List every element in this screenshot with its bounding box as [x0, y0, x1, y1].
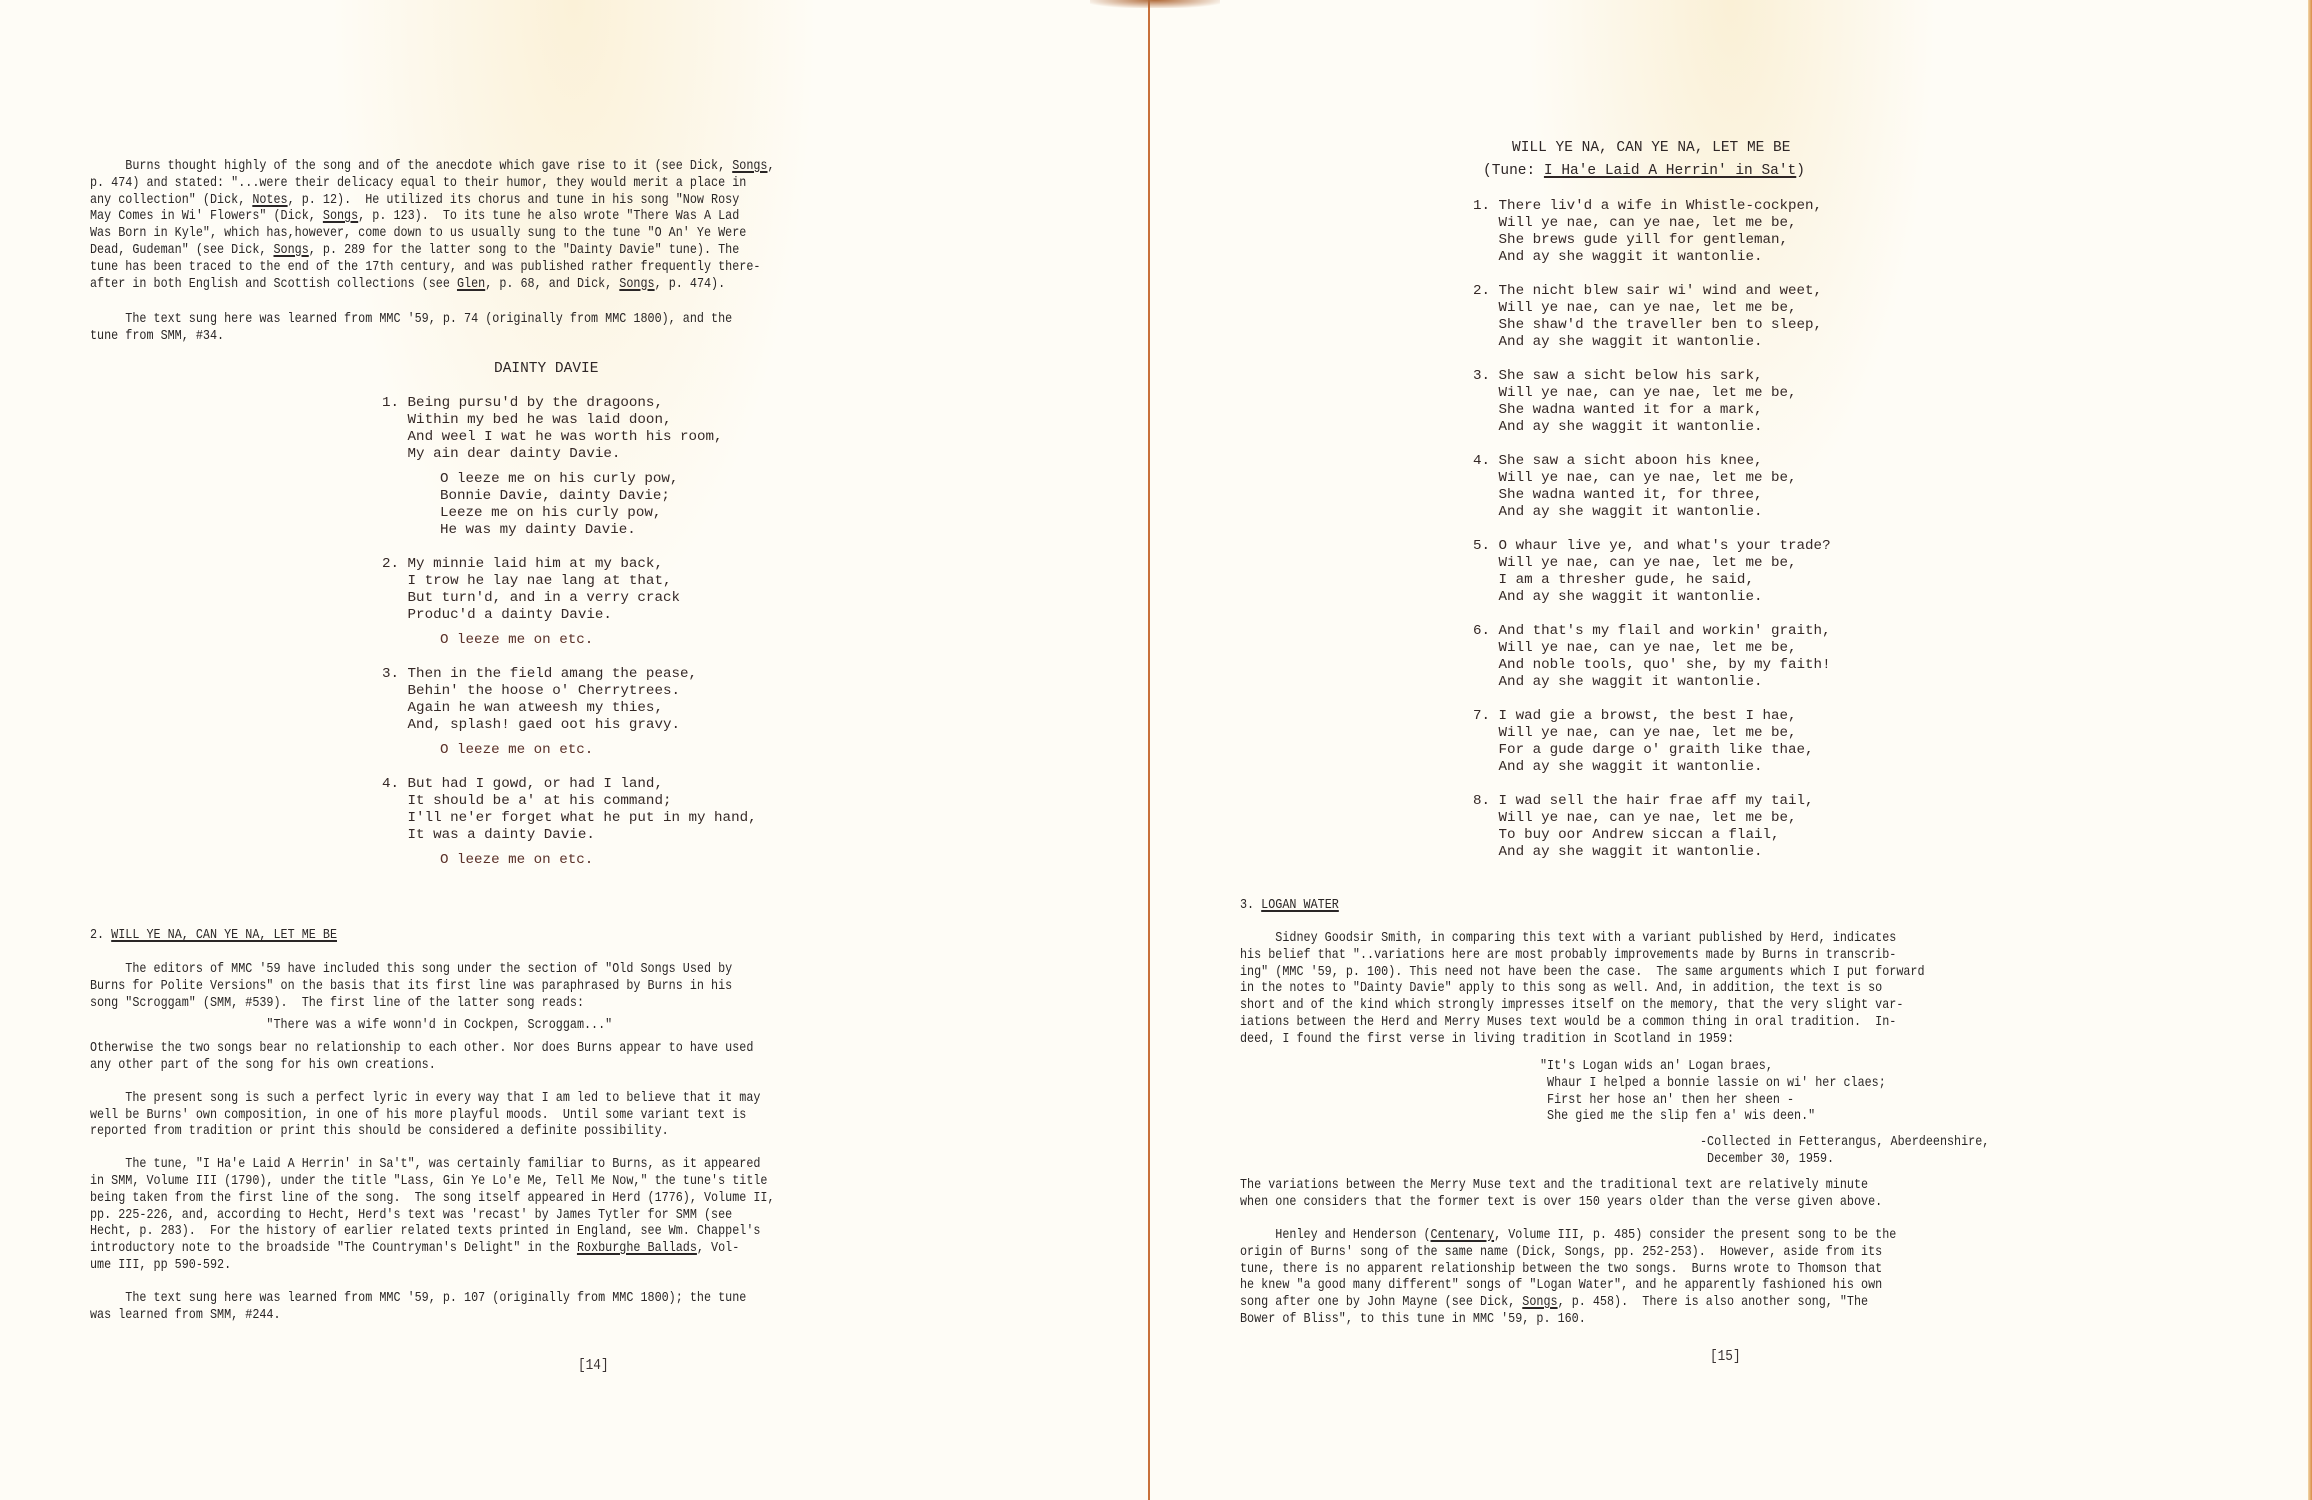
lyric-line: 2. The nicht blew sair wi' wind and weet…	[1473, 283, 1831, 300]
lyric-line: Produc'd a dainty Davie.	[382, 607, 757, 624]
stanza: 2. My minnie laid him at my back, I trow…	[382, 556, 757, 649]
text-run: when one considers that the former text …	[1240, 1194, 1882, 1210]
stanza: 4. She saw a sicht aboon his knee, Will …	[1473, 453, 1831, 521]
page-number-left: [14]	[578, 1357, 609, 1374]
chorus-line: Bonnie Davie, dainty Davie;	[440, 488, 757, 505]
chorus: O leeze me on etc.	[382, 852, 757, 869]
text-run: , p. 12). He utilized its chorus and tun…	[288, 192, 740, 208]
lyric-line: And ay she waggit it wantonlie.	[1473, 674, 1831, 691]
lyric-line: Will ye nae, can ye nae, let me be,	[1473, 555, 1831, 572]
quoted-verse: "It's Logan wids an' Logan braes, Whaur …	[1540, 1058, 1886, 1125]
stanza: 3. She saw a sicht below his sark, Will …	[1473, 368, 1831, 436]
stanza: 1. Being pursu'd by the dragoons, Within…	[382, 395, 757, 539]
text-run: was learned from SMM, #244.	[90, 1307, 281, 1323]
underlined-citation: Songs	[732, 158, 767, 174]
lyric-line: She shaw'd the traveller ben to sleep,	[1473, 317, 1831, 334]
text-run: reported from tradition or print this sh…	[90, 1123, 669, 1139]
text-run: , Vol-	[697, 1240, 739, 1256]
chorus-line: O leeze me on his curly pow,	[440, 471, 757, 488]
paragraph: The editors of MMC '59 have included thi…	[90, 961, 775, 1011]
lyric-line: She wadna wanted it for a mark,	[1473, 402, 1831, 419]
chorus: O leeze me on etc.	[382, 742, 757, 759]
chorus-line: O leeze me on etc.	[440, 852, 757, 869]
section-2-heading: 2. WILL YE NA, CAN YE NA, LET ME BE	[90, 927, 337, 944]
lyric-line: 2. My minnie laid him at my back,	[382, 556, 757, 573]
text-run: , p. 68, and Dick,	[485, 276, 619, 292]
chorus: O leeze me on etc.	[382, 632, 757, 649]
paragraph: "There was a wife wonn'd in Cockpen, Scr…	[90, 1017, 775, 1034]
lyric-line: 4. But had I gowd, or had I land,	[382, 776, 757, 793]
lyric-line: She wadna wanted it, for three,	[1473, 487, 1831, 504]
lyric-line: And ay she waggit it wantonlie.	[1473, 334, 1831, 351]
text-run: December 30, 1959.	[1700, 1151, 1834, 1167]
lyric-line: And ay she waggit it wantonlie.	[1473, 419, 1831, 436]
text-run: Dead, Gudeman" (see Dick,	[90, 242, 273, 258]
section-2-body: The editors of MMC '59 have included thi…	[90, 961, 775, 1323]
text-run: pp. 225-226, and, according to Hecht, He…	[90, 1207, 732, 1223]
text-run: She gied me the slip fen a' wis deen."	[1540, 1108, 1815, 1124]
stanza: 3. Then in the field amang the pease, Be…	[382, 666, 757, 759]
text-run: ,	[767, 158, 774, 174]
paragraph: The tune, "I Ha'e Laid A Herrin' in Sa't…	[90, 1156, 775, 1274]
song-title-dainty-davie: DAINTY DAVIE	[494, 361, 598, 377]
text-run: Burns for Polite Versions" on the basis …	[90, 978, 732, 994]
lyric-line: 4. She saw a sicht aboon his knee,	[1473, 453, 1831, 470]
lyric-line: I am a thresher gude, he said,	[1473, 572, 1831, 589]
text-run: -Collected in Fetterangus, Aberdeenshire…	[1700, 1134, 1989, 1150]
underlined-citation: Centenary	[1431, 1227, 1495, 1243]
paragraph: The present song is such a perfect lyric…	[90, 1090, 775, 1140]
stanza: 7. I wad gie a browst, the best I hae, W…	[1473, 708, 1831, 776]
song-title-will-ye-na: WILL YE NA, CAN YE NA, LET ME BE	[1512, 140, 1790, 156]
text-run: May Comes in Wi' Flowers" (Dick,	[90, 208, 323, 224]
underlined-citation: Notes	[252, 192, 287, 208]
paragraph: Otherwise the two songs bear no relation…	[90, 1040, 775, 1074]
text-run: after in both English and Scottish colle…	[90, 276, 457, 292]
stanza: 8. I wad sell the hair frae aff my tail,…	[1473, 793, 1831, 861]
section-3-title: LOGAN WATER	[1261, 897, 1339, 913]
page-number-right: [15]	[1710, 1348, 1741, 1365]
text-run: tune has been traced to the end of the 1…	[90, 259, 760, 275]
underlined-citation: Songs	[1522, 1294, 1557, 1310]
text-run: The text sung here was learned from MMC …	[90, 311, 732, 327]
underlined-citation: Songs	[323, 208, 358, 224]
lyric-line: I trow he lay nae lang at that,	[382, 573, 757, 590]
text-run: origin of Burns' song of the same name (…	[1240, 1244, 1882, 1260]
lyric-line: Again he wan atweesh my thies,	[382, 700, 757, 717]
lyric-line: And ay she waggit it wantonlie.	[1473, 249, 1831, 266]
text-run: p. 474) and stated: "...were their delic…	[90, 175, 746, 191]
text-run: well be Burns' own composition, in one o…	[90, 1107, 746, 1123]
text-run: he knew "a good many different" songs of…	[1240, 1277, 1882, 1293]
verse-attribution: -Collected in Fetterangus, Aberdeenshire…	[1700, 1134, 1989, 1168]
text-run: First her hose an' then her sheen -	[1540, 1092, 1794, 1108]
stanza: 6. And that's my flail and workin' grait…	[1473, 623, 1831, 691]
section-3-heading: 3. LOGAN WATER	[1240, 897, 1339, 914]
page-edge	[2308, 0, 2312, 1500]
stanza: 2. The nicht blew sair wi' wind and weet…	[1473, 283, 1831, 351]
lyric-line: Behin' the hoose o' Cherrytrees.	[382, 683, 757, 700]
text-run: , p. 123). To its tune he also wrote "Th…	[358, 208, 739, 224]
text-run: song after one by John Mayne (see Dick,	[1240, 1294, 1522, 1310]
text-run: The text sung here was learned from MMC …	[90, 1290, 746, 1306]
text-run: in SMM, Volume III (1790), under the tit…	[90, 1173, 767, 1189]
underlined-citation: Songs	[619, 276, 654, 292]
lyric-line: Will ye nae, can ye nae, let me be,	[1473, 470, 1831, 487]
text-run: The editors of MMC '59 have included thi…	[90, 961, 732, 977]
lyric-line: 5. O whaur live ye, and what's your trad…	[1473, 538, 1831, 555]
text-run: tune, there is no apparent relationship …	[1240, 1261, 1882, 1277]
text-run: , p. 289 for the latter song to the "Dai…	[309, 242, 739, 258]
lyric-line: Within my bed he was laid doon,	[382, 412, 757, 429]
lyric-line: Will ye nae, can ye nae, let me be,	[1473, 640, 1831, 657]
intro-paragraph: Burns thought highly of the song and of …	[90, 158, 775, 292]
source-paragraph: The text sung here was learned from MMC …	[90, 311, 732, 345]
lyric-line: She brews gude yill for gentleman,	[1473, 232, 1831, 249]
text-run: ume III, pp 590-592.	[90, 1257, 231, 1273]
underlined-citation: Glen	[457, 276, 485, 292]
text-run: Sidney Goodsir Smith, in comparing this …	[1240, 930, 1896, 946]
lyric-line: I'll ne'er forget what he put in my hand…	[382, 810, 757, 827]
text-run: short and of the kind which strongly imp…	[1240, 997, 1903, 1013]
lyric-line: 1. There liv'd a wife in Whistle-cockpen…	[1473, 198, 1831, 215]
text-run: tune from SMM, #34.	[90, 328, 224, 344]
lyric-line: And noble tools, quo' she, by my faith!	[1473, 657, 1831, 674]
chorus: O leeze me on his curly pow,Bonnie Davie…	[382, 471, 757, 539]
tune-line: (Tune: I Ha'e Laid A Herrin' in Sa't)	[1483, 163, 1805, 179]
text-run: introductory note to the broadside "The …	[90, 1240, 577, 1256]
song-lyrics-will-ye-na: 1. There liv'd a wife in Whistle-cockpen…	[1473, 198, 1831, 878]
lyric-line: 7. I wad gie a browst, the best I hae,	[1473, 708, 1831, 725]
chorus-line: He was my dainty Davie.	[440, 522, 757, 539]
text-run: Bower of Bliss", to this tune in MMC '59…	[1240, 1311, 1586, 1327]
text-run: Otherwise the two songs bear no relation…	[90, 1040, 753, 1056]
text-run: The present song is such a perfect lyric…	[90, 1090, 760, 1106]
lyric-line: Will ye nae, can ye nae, let me be,	[1473, 810, 1831, 827]
paragraph: The text sung here was learned from MMC …	[90, 1290, 775, 1324]
lyric-line: 8. I wad sell the hair frae aff my tail,	[1473, 793, 1831, 810]
stanza: 4. But had I gowd, or had I land, It sho…	[382, 776, 757, 869]
text-run: "There was a wife wonn'd in Cockpen, Scr…	[90, 1017, 612, 1033]
text-run: The tune, "I Ha'e Laid A Herrin' in Sa't…	[90, 1156, 760, 1172]
text-run: The variations between the Merry Muse te…	[1240, 1177, 1868, 1193]
lyric-line: And weel I wat he was worth his room,	[382, 429, 757, 446]
chorus-line: O leeze me on etc.	[440, 742, 757, 759]
lyric-line: To buy oor Andrew siccan a flail,	[1473, 827, 1831, 844]
lyric-line: And ay she waggit it wantonlie.	[1473, 504, 1831, 521]
lyric-line: 6. And that's my flail and workin' grait…	[1473, 623, 1831, 640]
page-gutter	[1148, 0, 1150, 1500]
lyric-line: But turn'd, and in a verry crack	[382, 590, 757, 607]
lyric-line: And ay she waggit it wantonlie.	[1473, 589, 1831, 606]
text-run: , Volume III, p. 485) consider the prese…	[1494, 1227, 1896, 1243]
song-lyrics-dainty-davie: 1. Being pursu'd by the dragoons, Within…	[382, 395, 757, 886]
text-run: Burns thought highly of the song and of …	[90, 158, 732, 174]
book-spread: Burns thought highly of the song and of …	[0, 0, 2312, 1500]
lyric-line: My ain dear dainty Davie.	[382, 446, 757, 463]
lyric-line: Will ye nae, can ye nae, let me be,	[1473, 300, 1831, 317]
text-run: any other part of the song for his own c…	[90, 1057, 436, 1073]
section-2-title: WILL YE NA, CAN YE NA, LET ME BE	[111, 927, 337, 943]
text-run: Henley and Henderson (	[1240, 1227, 1431, 1243]
underlined-citation: Roxburghe Ballads	[577, 1240, 697, 1256]
tune-name: I Ha'e Laid A Herrin' in Sa't	[1544, 163, 1796, 179]
text-run: ing" (MMC '59, p. 100). This need not ha…	[1240, 964, 1925, 980]
stanza: 1. There liv'd a wife in Whistle-cockpen…	[1473, 198, 1831, 266]
lyric-line: 3. Then in the field amang the pease,	[382, 666, 757, 683]
lyric-line: And ay she waggit it wantonlie.	[1473, 759, 1831, 776]
text-run: being taken from the first line of the s…	[90, 1190, 775, 1206]
text-run: deed, I found the first verse in living …	[1240, 1031, 1734, 1047]
text-run: Hecht, p. 283). For the history of earli…	[90, 1223, 760, 1239]
section-3-paragraph-1: Sidney Goodsir Smith, in comparing this …	[1240, 930, 1925, 1048]
chorus-line: O leeze me on etc.	[440, 632, 757, 649]
text-run: Was Born in Kyle", which has,however, co…	[90, 225, 746, 241]
binding-stain	[1090, 0, 1220, 8]
text-run: his belief that "..variations here are m…	[1240, 947, 1896, 963]
stanza: 5. O whaur live ye, and what's your trad…	[1473, 538, 1831, 606]
lyric-line: Will ye nae, can ye nae, let me be,	[1473, 725, 1831, 742]
section-3-paragraph-3: Henley and Henderson (Centenary, Volume …	[1240, 1227, 1896, 1328]
lyric-line: It was a dainty Davie.	[382, 827, 757, 844]
underlined-citation: Songs	[273, 242, 308, 258]
lyric-line: Will ye nae, can ye nae, let me be,	[1473, 215, 1831, 232]
lyric-line: And ay she waggit it wantonlie.	[1473, 844, 1831, 861]
lyric-line: 3. She saw a sicht below his sark,	[1473, 368, 1831, 385]
text-run: any collection" (Dick,	[90, 192, 252, 208]
lyric-line: And, splash! gaed oot his gravy.	[382, 717, 757, 734]
lyric-line: It should be a' at his command;	[382, 793, 757, 810]
chorus-line: Leeze me on his curly pow,	[440, 505, 757, 522]
lyric-line: 1. Being pursu'd by the dragoons,	[382, 395, 757, 412]
text-run: Whaur I helped a bonnie lassie on wi' he…	[1540, 1075, 1886, 1091]
text-run: , p. 474).	[655, 276, 726, 292]
text-run: iations between the Herd and Merry Muses…	[1240, 1014, 1896, 1030]
lyric-line: For a gude darge o' graith like thae,	[1473, 742, 1831, 759]
text-run: in the notes to "Dainty Davie" apply to …	[1240, 980, 1882, 996]
text-run: "It's Logan wids an' Logan braes,	[1540, 1058, 1773, 1074]
lyric-line: Will ye nae, can ye nae, let me be,	[1473, 385, 1831, 402]
section-3-paragraph-2: The variations between the Merry Muse te…	[1240, 1177, 1882, 1211]
text-run: song "Scroggam" (SMM, #539). The first l…	[90, 995, 584, 1011]
text-run: , p. 458). There is also another song, "…	[1558, 1294, 1869, 1310]
